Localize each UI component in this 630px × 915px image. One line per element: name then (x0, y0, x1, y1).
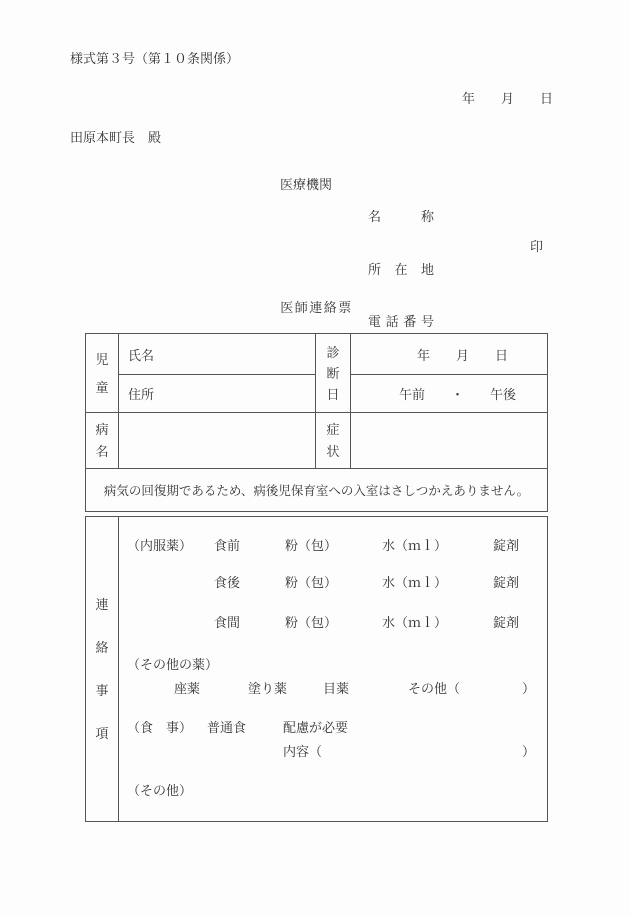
other-medicine-other-close: ） (522, 678, 535, 697)
meal-content-open: 内容（ (283, 741, 322, 760)
water-field-1: 水（ｍｌ） (382, 535, 447, 554)
powder-field-3: 粉（包） (285, 612, 337, 631)
timing-before-meal: 食前 (214, 535, 240, 554)
disease-name-label: 病名 (86, 413, 119, 469)
meal-label: （食 事） (127, 717, 192, 736)
notes-section-label: 連絡事項 (86, 517, 119, 821)
addressee-line: 田原本町長 殿 (70, 127, 161, 146)
ointment-option: 塗り薬 (248, 678, 287, 697)
recovery-statement: 病気の回復期であるため、病後児保育室への入室はさしつかえありません。 (86, 469, 547, 511)
document-title: 医師連絡票 (85, 297, 548, 316)
other-medicine-label: （その他の薬） (127, 654, 218, 673)
suppository-option: 座薬 (174, 678, 200, 697)
other-notes-label: （その他） (127, 780, 192, 799)
child-name-field: 氏名 (119, 334, 316, 375)
meal-care-option: 配慮が必要 (283, 717, 348, 736)
diagnosis-ampm-field: 午前 ・ 午後 (351, 375, 547, 413)
med-field-address: 所在地 (368, 259, 434, 280)
symptom-field (351, 413, 547, 469)
tablet-field-1: 錠剤 (493, 535, 519, 554)
oral-medicine-label: （内服薬） (127, 535, 192, 554)
form-number: 様式第３号（第１０条関係） (70, 48, 239, 67)
child-label: 児童 (86, 334, 119, 413)
date-line: 年 月 日 (462, 88, 553, 107)
powder-field-1: 粉（包） (285, 535, 337, 554)
water-field-3: 水（ｍｌ） (382, 612, 447, 631)
tablet-field-2: 錠剤 (493, 572, 519, 591)
timing-between-meals: 食間 (214, 612, 240, 631)
meal-content-close: ） (522, 741, 535, 760)
diagnosis-date-field: 年 月 日 (351, 334, 547, 375)
water-field-2: 水（ｍｌ） (382, 572, 447, 591)
timing-after-meal: 食後 (214, 572, 240, 591)
powder-field-2: 粉（包） (285, 572, 337, 591)
other-medicine-other-open: その他（ (408, 678, 460, 697)
disease-name-field (119, 413, 316, 469)
symptom-label: 症状 (316, 413, 351, 469)
seal-mark: 印 (530, 236, 543, 255)
notes-table: 連絡事項 （内服薬） 食前 粉（包） 水（ｍｌ） 錠剤 食後 粉（包） 水（ｍｌ… (85, 516, 548, 822)
med-field-name: 名称 (368, 206, 434, 227)
eyedrop-option: 目薬 (323, 678, 349, 697)
meal-normal-option: 普通食 (207, 717, 246, 736)
notes-body: （内服薬） 食前 粉（包） 水（ｍｌ） 錠剤 食後 粉（包） 水（ｍｌ） 錠剤 … (119, 517, 547, 821)
medical-institution-label: 医療機関 (280, 174, 332, 193)
diagnosis-date-label: 診断日 (316, 334, 351, 413)
tablet-field-3: 錠剤 (493, 612, 519, 631)
document-page: 様式第３号（第１０条関係） 年 月 日 田原本町長 殿 医療機関 名称 所在地 … (0, 0, 630, 915)
child-info-table: 児童 氏名 診断日 年 月 日 住所 午前 ・ 午後 病名 症状 病気の回復期で… (85, 333, 548, 512)
child-address-field: 住所 (119, 375, 316, 413)
